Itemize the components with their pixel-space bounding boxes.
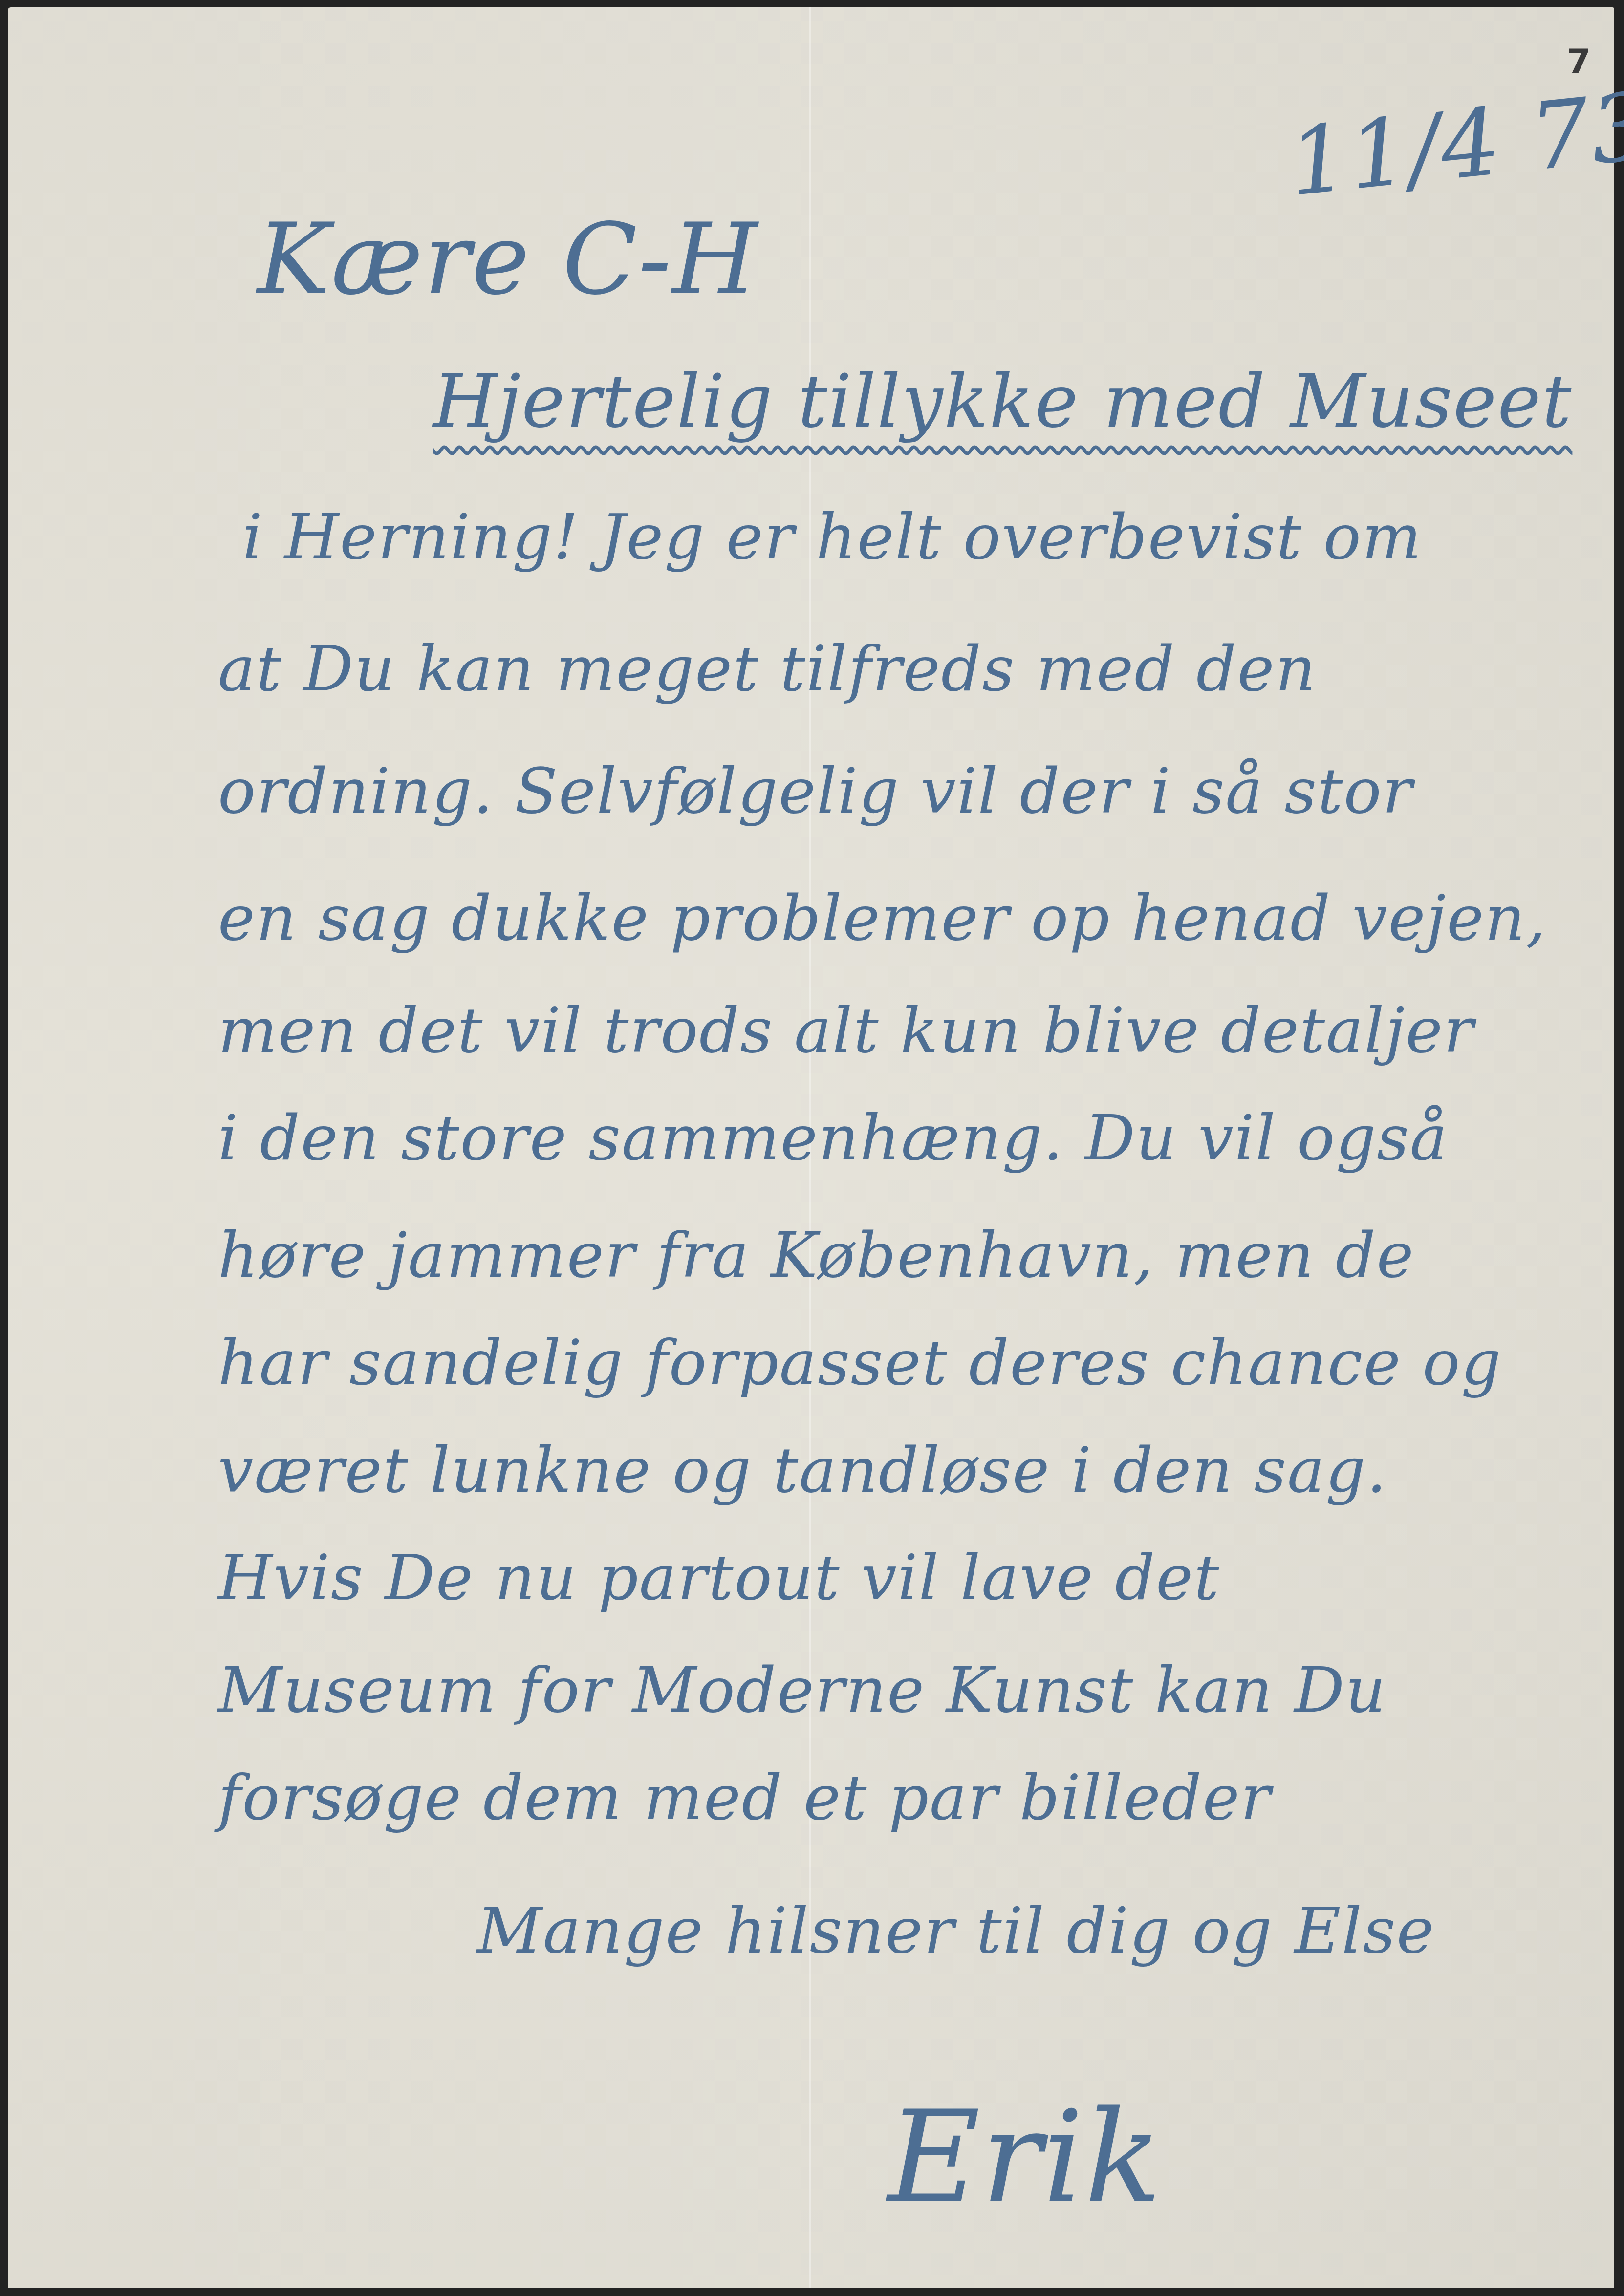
body-line-8: høre jammer fra København, men de bbox=[218, 1219, 1414, 1292]
salutation: Kære C-H bbox=[257, 203, 758, 317]
body-line-7: i den store sammenhæng. Du vil også bbox=[218, 1102, 1448, 1175]
body-line-4: ordning. Selvfølgelig vil der i så stor bbox=[218, 755, 1413, 828]
body-line-1: Hjertelig tillykke med Museet bbox=[433, 359, 1572, 444]
body-line-9: har sandelig forpasset deres chance og bbox=[218, 1327, 1502, 1399]
body-line-12: Museum for Moderne Kunst kan Du bbox=[218, 1654, 1386, 1727]
letter-date: 11/4 73 bbox=[1283, 72, 1624, 217]
body-line-6: men det vil trods alt kun blive detaljer bbox=[218, 994, 1474, 1067]
body-line-2: i Herning! Jeg er helt overbevist om bbox=[242, 501, 1422, 574]
body-line-3: at Du kan meget tilfreds med den bbox=[218, 633, 1317, 706]
body-line-10: været lunkne og tandløse i den sag. bbox=[218, 1434, 1387, 1507]
letter-paper: 7 11/4 73 Kære C-H Hjertelig tillykke me… bbox=[8, 7, 1614, 2288]
body-line-5: en sag dukke problemer op henad vejen, bbox=[218, 882, 1547, 955]
archive-page-number: 7 bbox=[1567, 42, 1591, 82]
body-line-2-text: i Herning! Jeg er helt overbevist om bbox=[242, 501, 1422, 574]
closing-greeting: Mange hilsner til dig og Else bbox=[477, 1893, 1435, 1968]
signature: Erik bbox=[888, 2084, 1163, 2232]
body-line-11: Hvis De nu partout vil lave det bbox=[218, 1542, 1220, 1614]
body-line-13: forsøge dem med et par billeder bbox=[218, 1761, 1272, 1834]
